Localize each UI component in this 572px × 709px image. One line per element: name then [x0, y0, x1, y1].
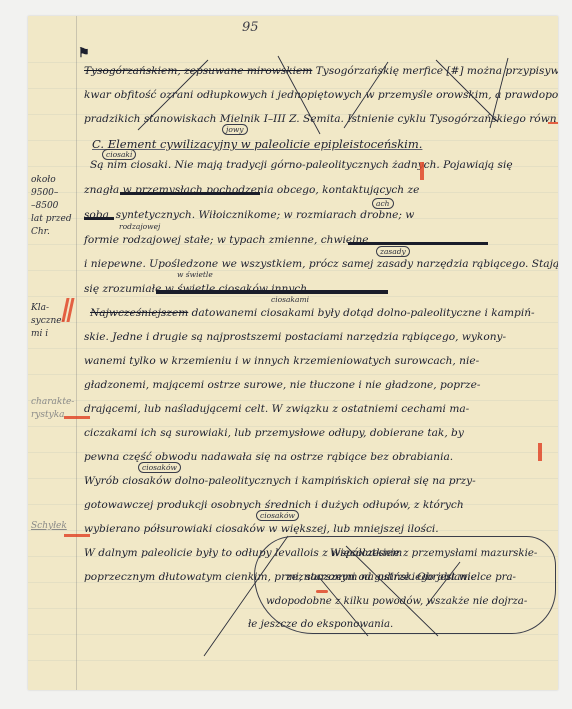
- cancellation-strokes: [28, 16, 558, 690]
- manuscript-page: 95 ⚑ Tysogórzańskiem, zepsuwane mirowski…: [28, 16, 558, 690]
